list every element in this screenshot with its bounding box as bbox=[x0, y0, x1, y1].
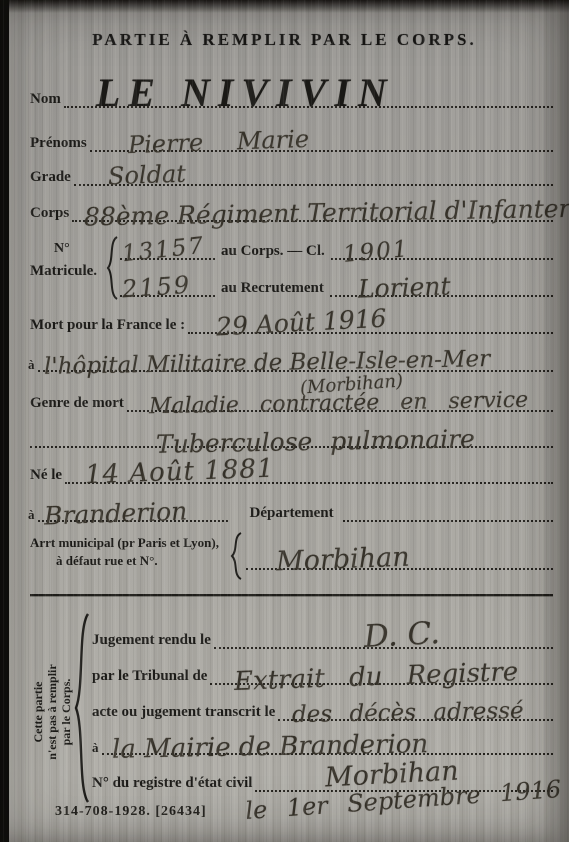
field-nom-line: LE NIVIVIN bbox=[64, 106, 553, 108]
field-naissance-value: 14 Août 1881 bbox=[85, 456, 275, 489]
field-transcrit: acte ou jugement transcrit le des décès … bbox=[92, 688, 553, 721]
field-registre-label: N° du registre d'état civil bbox=[92, 776, 252, 792]
footer-reference: 314-708-1928. [26434] bbox=[55, 804, 207, 820]
scan-top-border bbox=[0, 0, 569, 13]
recrutement-value: Lorient bbox=[357, 273, 450, 301]
field-grade: Grade Soldat bbox=[30, 156, 553, 186]
field-corps-label: Corps bbox=[30, 206, 69, 222]
field-nom-value: LE NIVIVIN bbox=[96, 73, 395, 113]
matricule-corps-line: 13157 au Corps. — Cl. 1901 bbox=[120, 238, 553, 260]
field-naissance-line: 14 Août 1881 bbox=[65, 482, 553, 484]
field-jugement-value: D. C. bbox=[363, 618, 440, 653]
field-genre-mort-line2: Tuberculose pulmonaire bbox=[30, 416, 553, 448]
field-transcrit-value: des décès adressé bbox=[292, 700, 524, 727]
matricule-brace bbox=[104, 236, 120, 300]
classe-seg: 1901 bbox=[331, 236, 553, 260]
arrondissement-label-line1: Arrt municipal (pr Paris et Lyon), bbox=[30, 536, 219, 550]
field-mort: Mort pour la France le : 29 Août 1916 bbox=[30, 302, 553, 334]
field-genre-mort-line: Maladie contractée en service bbox=[127, 410, 553, 412]
side-note-line3: par le Corps. bbox=[59, 622, 73, 802]
page-title: PARTIE À REMPLIR PAR LE CORPS. bbox=[0, 30, 569, 50]
arrondissement-value: Morbihan bbox=[276, 544, 410, 576]
field-lieu-mort-label: à bbox=[28, 358, 35, 372]
field-matricule-block: N° Matricule. 13157 au Corps. — Cl. 1901… bbox=[30, 238, 553, 300]
field-a-mairie-line: la Mairie de Branderion bbox=[102, 753, 554, 755]
scan-left-border bbox=[0, 0, 9, 842]
field-genre-mort: Genre de mort Maladie contractée en serv… bbox=[30, 380, 553, 412]
field-lieu-mort: à l'hôpital Militaire de Belle-Isle-en-M… bbox=[28, 340, 553, 372]
field-a-mairie: à la Mairie de Branderion bbox=[92, 724, 553, 755]
arrondissement-brace bbox=[228, 532, 244, 580]
field-prenoms-line: Pierre Marie bbox=[90, 150, 553, 152]
field-prenoms-label: Prénoms bbox=[30, 136, 87, 152]
field-naissance-label: Né le bbox=[30, 468, 62, 484]
field-lieu-naissance-label: à bbox=[28, 508, 35, 522]
field-corps-line: 88ème Régiment Territorial d'Infanterie bbox=[72, 220, 553, 222]
field-mort-value: 29 Août 1916 bbox=[216, 306, 388, 340]
field-lieu-naissance-seg: Branderion bbox=[38, 488, 228, 522]
field-prenoms-value: Pierre Marie bbox=[127, 127, 309, 157]
field-lieu-naissance: à Branderion Département bbox=[28, 490, 553, 522]
classe-value: 1901 bbox=[342, 238, 410, 267]
field-tribunal-line: Extrait du Registre bbox=[210, 683, 553, 685]
au-recrutement-label: au Recrutement bbox=[215, 281, 330, 297]
side-note-line1: Cette partie bbox=[31, 622, 45, 802]
field-naissance: Né le 14 Août 1881 bbox=[30, 452, 553, 484]
field-corps: Corps 88ème Régiment Territorial d'Infan… bbox=[30, 190, 553, 222]
field-tribunal: par le Tribunal de Extrait du Registre bbox=[92, 652, 553, 685]
field-corps-value: 88ème Régiment Territorial d'Infanterie bbox=[84, 196, 569, 230]
field-a-mairie-label: à bbox=[92, 741, 99, 755]
departement-label: Département bbox=[228, 506, 340, 522]
field-matricule-no-label: N° bbox=[54, 242, 70, 257]
field-lieu-mort-line: l'hôpital Militaire de Belle-Isle-en-Mer bbox=[38, 370, 554, 372]
field-genre-mort-label: Genre de mort bbox=[30, 396, 124, 412]
field-matricule-label: Matricule. bbox=[30, 264, 97, 280]
field-genre-mort-line2-rule: Tuberculose pulmonaire bbox=[30, 446, 553, 448]
side-note-line2: n'est pas à remplir bbox=[45, 622, 59, 802]
field-nom-label: Nom bbox=[30, 92, 61, 108]
bottom-section-brace bbox=[72, 612, 92, 804]
scanned-document-page: PARTIE À REMPLIR PAR LE CORPS. Nom LE NI… bbox=[0, 0, 569, 842]
field-transcrit-line: des décès adressé bbox=[278, 719, 553, 721]
field-transcrit-label: acte ou jugement transcrit le bbox=[92, 705, 275, 721]
field-jugement-line: D. C. bbox=[214, 647, 553, 649]
au-corps-label: au Corps. — Cl. bbox=[215, 244, 331, 260]
field-nom: Nom LE NIVIVIN bbox=[30, 70, 553, 108]
field-grade-value: Soldat bbox=[107, 162, 186, 189]
field-mort-line: 29 Août 1916 bbox=[188, 332, 553, 334]
matricule-recrutement-number: 2159 bbox=[121, 273, 192, 302]
field-grade-line: Soldat bbox=[74, 184, 553, 186]
field-arrondissement: Arrt municipal (pr Paris et Lyon), à déf… bbox=[30, 532, 553, 578]
field-grade-label: Grade bbox=[30, 170, 71, 186]
side-note: Cette partie n'est pas à remplir par le … bbox=[31, 622, 73, 802]
field-lieu-naissance-value: Branderion bbox=[43, 499, 187, 529]
departement-line bbox=[343, 520, 553, 522]
arrondissement-label-line2: à défaut rue et N°. bbox=[56, 554, 158, 568]
field-tribunal-label: par le Tribunal de bbox=[92, 669, 207, 685]
field-lieu-mort-value: l'hôpital Militaire de Belle-Isle-en-Mer bbox=[43, 348, 489, 379]
section-divider bbox=[30, 594, 553, 596]
field-prenoms: Prénoms Pierre Marie bbox=[30, 122, 553, 152]
matricule-corps-seg: 13157 bbox=[120, 236, 215, 260]
matricule-recrutement-line: 2159 au Recrutement Lorient bbox=[120, 260, 553, 297]
field-mort-label: Mort pour la France le : bbox=[30, 318, 185, 334]
arrondissement-line: Morbihan bbox=[246, 538, 553, 570]
field-jugement-label: Jugement rendu le bbox=[92, 633, 211, 649]
field-jugement: Jugement rendu le D. C. bbox=[92, 616, 553, 649]
